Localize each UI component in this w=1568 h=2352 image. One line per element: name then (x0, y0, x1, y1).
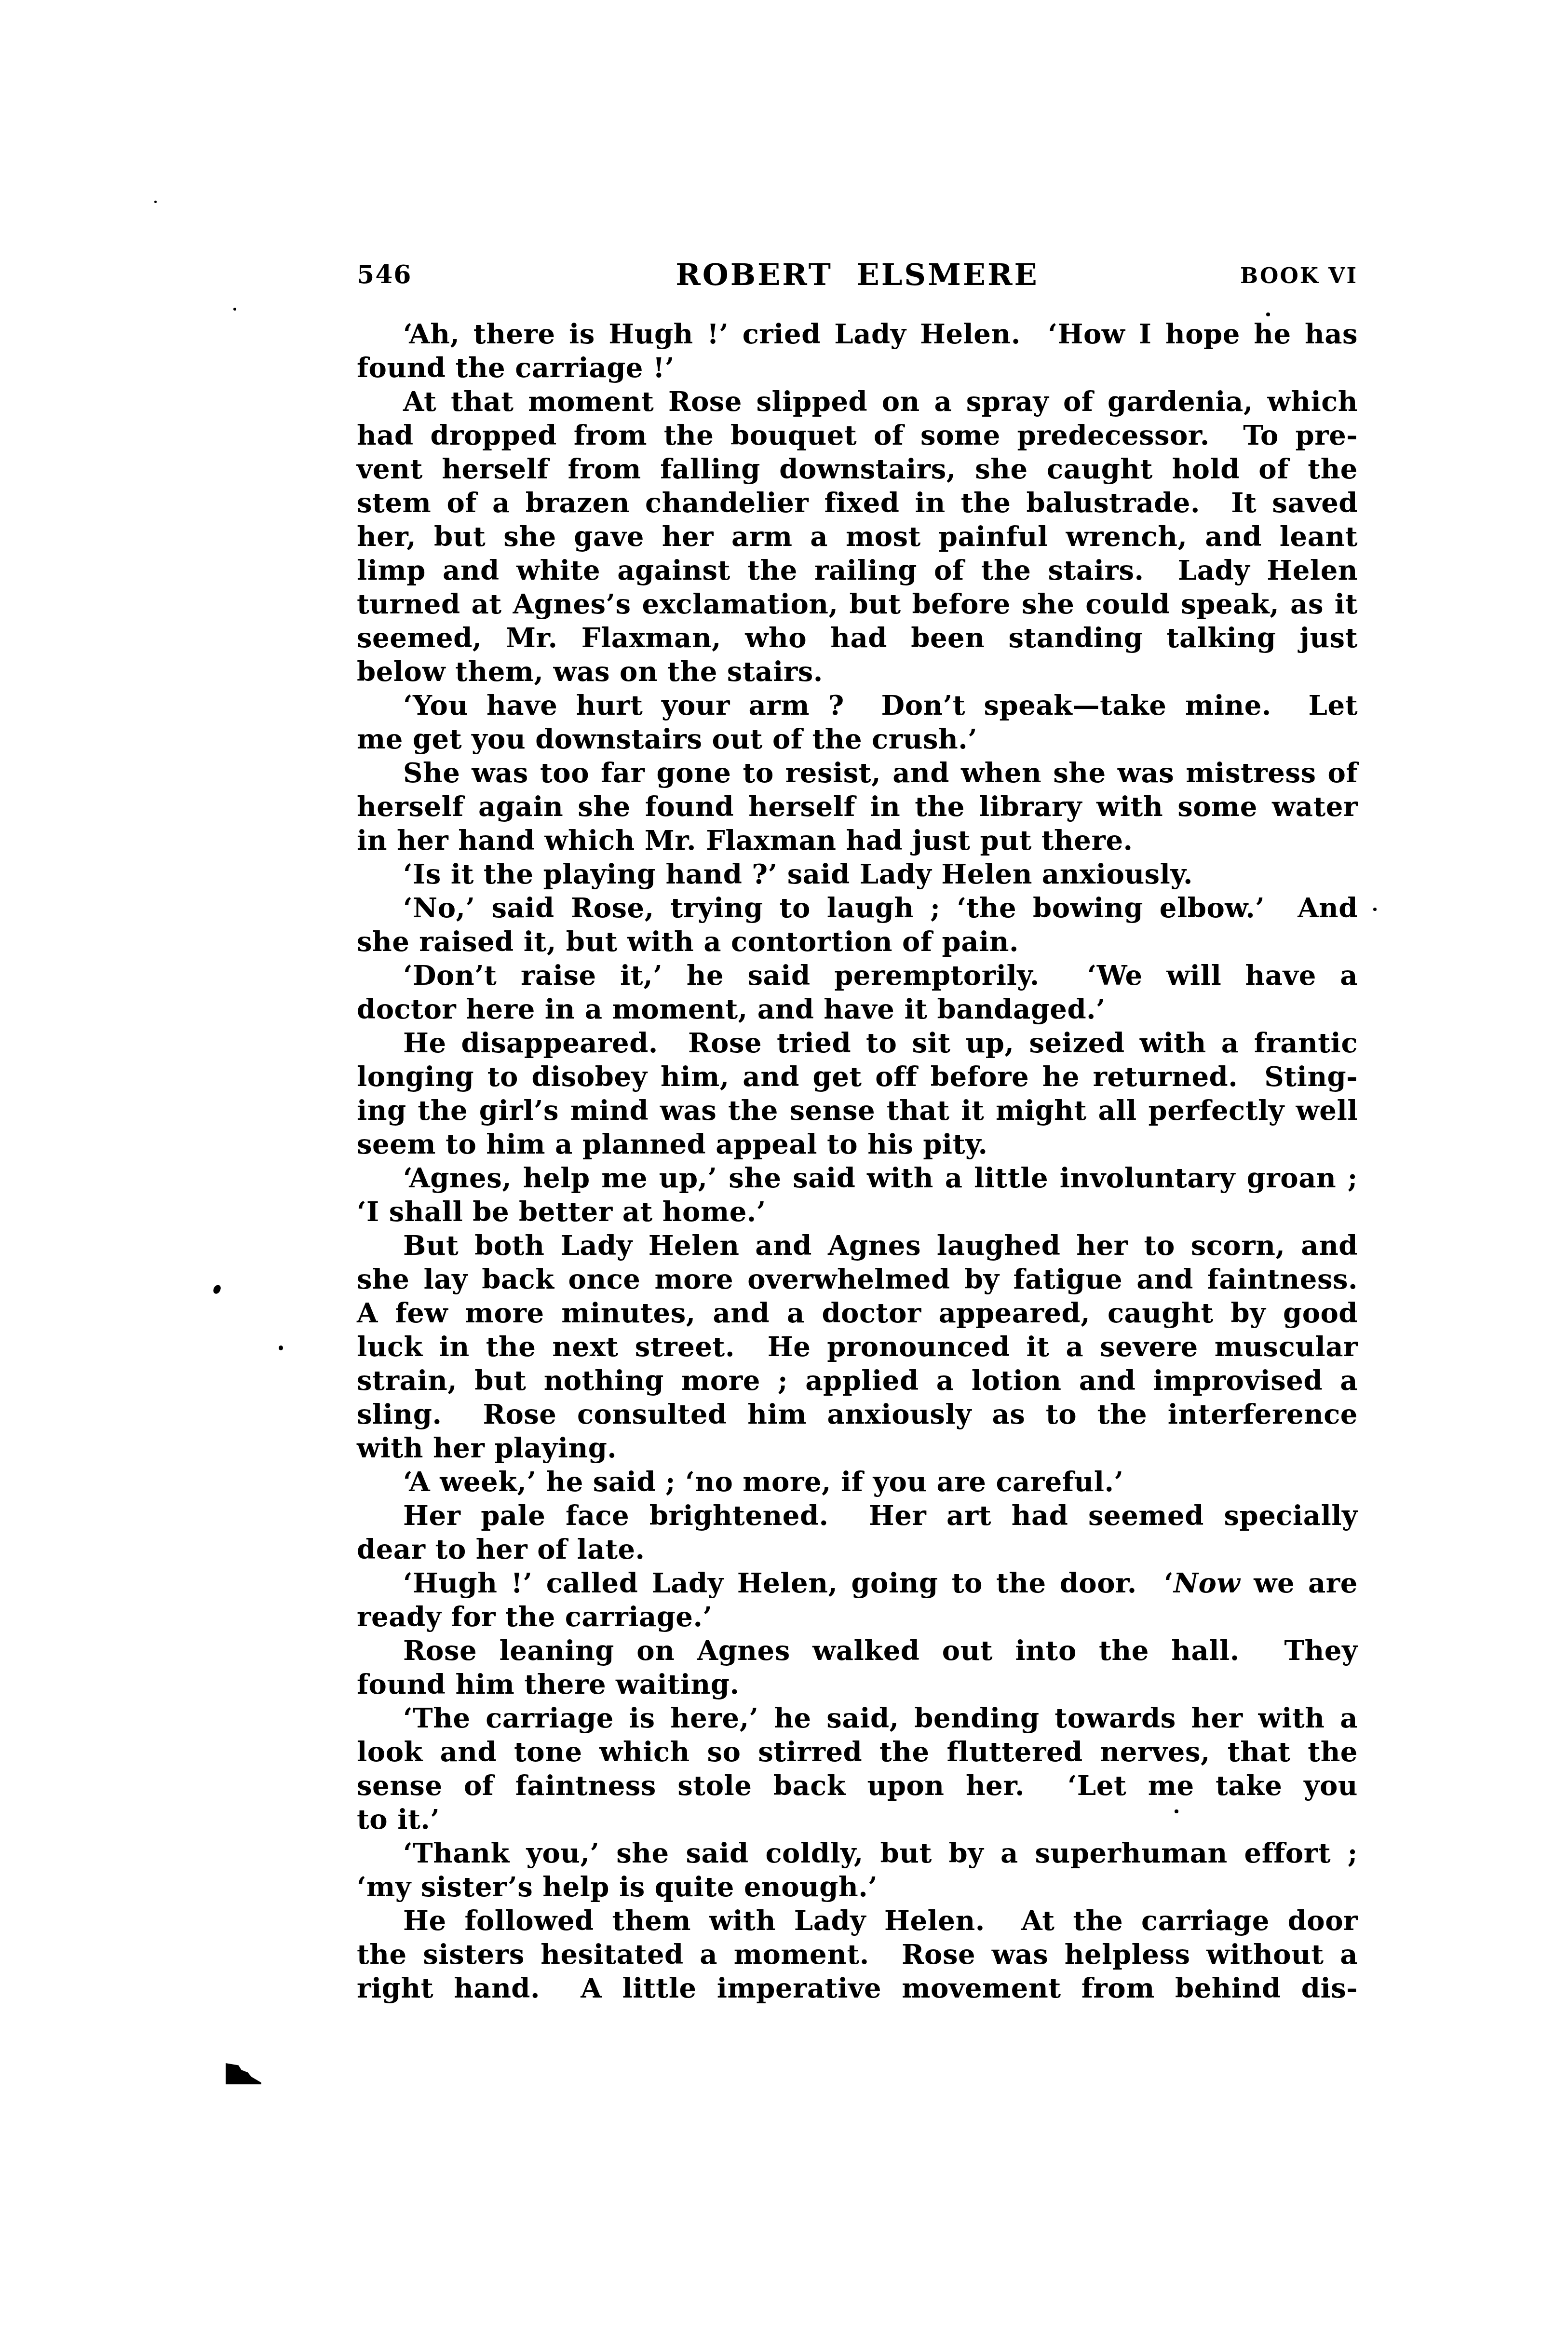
ink-speck (1373, 908, 1377, 911)
text-line: ‘Thank you,’ she said coldly, but by a s… (357, 1836, 1358, 1870)
text-line: ‘my sister’s help is quite enough.’ (357, 1870, 1358, 1904)
text-line: ‘The carriage is here,’ he said, bending… (357, 1701, 1358, 1735)
text-line: turned at Agnes’s exclamation, but befor… (357, 587, 1358, 621)
text-line: ready for the carriage.’ (357, 1600, 1358, 1634)
text-line: right hand. A little imperative movement… (357, 1971, 1358, 2005)
text-line: Rose leaning on Agnes walked out into th… (357, 1634, 1358, 1668)
text-line: luck in the next street. He pronounced i… (357, 1330, 1358, 1364)
text-line: she lay back once more overwhelmed by fa… (357, 1263, 1358, 1296)
ink-speck (233, 308, 236, 311)
running-title: ROBERT ELSMERE (676, 257, 1039, 292)
ink-speck (1266, 313, 1270, 316)
text-line: She was too far gone to resist, and when… (357, 756, 1358, 790)
text-line: look and tone which so stirred the flutt… (357, 1735, 1358, 1769)
text-line: ‘Hugh !’ called Lady Helen, going to the… (357, 1566, 1358, 1600)
text-line: vent herself from falling downstairs, sh… (357, 452, 1358, 486)
text-line: ‘Agnes, help me up,’ she said with a lit… (357, 1161, 1358, 1195)
text-line: He followed them with Lady Helen. At the… (357, 1904, 1358, 1938)
text-line: limp and white against the railing of th… (357, 554, 1358, 587)
book-page: 546 ROBERT ELSMERE BOOK VI ‘Ah, there is… (0, 0, 1568, 2352)
body-text: ‘Ah, there is Hugh !’ cried Lady Helen. … (357, 317, 1358, 2005)
text-line: doctor here in a moment, and have it ban… (357, 992, 1358, 1026)
text-line: ‘Ah, there is Hugh !’ cried Lady Helen. … (357, 317, 1358, 351)
text-line: Her pale face brightened. Her art had se… (357, 1499, 1358, 1533)
text-line: ‘I shall be better at home.’ (357, 1195, 1358, 1229)
text-line: ‘No,’ said Rose, trying to laugh ; ‘the … (357, 891, 1358, 925)
text-line: below them, was on the stairs. (357, 655, 1358, 689)
text-line: ‘Is it the playing hand ?’ said Lady Hel… (357, 857, 1358, 891)
text-line: with her playing. (357, 1431, 1358, 1465)
ink-speck (212, 1284, 221, 1294)
text-line: had dropped from the bouquet of some pre… (357, 419, 1358, 452)
text-line: in her hand which Mr. Flaxman had just p… (357, 824, 1358, 857)
text-line: the sisters hesitated a moment. Rose was… (357, 1938, 1358, 1971)
text-line: A few more minutes, and a doctor appeare… (357, 1296, 1358, 1330)
text-line: her, but she gave her arm a most painful… (357, 520, 1358, 554)
text-line: At that moment Rose slipped on a spray o… (357, 385, 1358, 419)
page-number: 546 (357, 260, 412, 289)
text-line: sense of faintness stole back upon her. … (357, 1769, 1358, 1803)
text-line: she raised it, but with a contortion of … (357, 925, 1358, 959)
text-line: He disappeared. Rose tried to sit up, se… (357, 1026, 1358, 1060)
text-line: ing the girl’s mind was the sense that i… (357, 1094, 1358, 1128)
ink-speck (279, 1346, 283, 1350)
text-line: me get you downstairs out of the crush.’ (357, 722, 1358, 756)
text-line: ‘Don’t raise it,’ he said peremptorily. … (357, 959, 1358, 992)
text-line: found the carriage !’ (357, 351, 1358, 385)
text-line: stem of a brazen chandelier fixed in the… (357, 486, 1358, 520)
text-line: found him there waiting. (357, 1668, 1358, 1701)
text-line: seem to him a planned appeal to his pity… (357, 1128, 1358, 1161)
ink-speck (154, 201, 157, 203)
text-line: But both Lady Helen and Agnes laughed he… (357, 1229, 1358, 1263)
text-line: strain, but nothing more ; applied a lot… (357, 1364, 1358, 1398)
text-line: to it.’ (357, 1803, 1358, 1836)
text-line: herself again she found herself in the l… (357, 790, 1358, 824)
ink-speck (1175, 1809, 1178, 1813)
text-line: ‘You have hurt your arm ? Don’t speak—ta… (357, 689, 1358, 722)
text-line: dear to her of late. (357, 1533, 1358, 1566)
ink-blob (226, 2063, 261, 2084)
text-line: longing to disobey him, and get off befo… (357, 1060, 1358, 1094)
text-line: seemed, Mr. Flaxman, who had been standi… (357, 621, 1358, 655)
text-line: ‘A week,’ he said ; ‘no more, if you are… (357, 1465, 1358, 1499)
page-header: 546 ROBERT ELSMERE BOOK VI (357, 258, 1358, 293)
text-line: sling. Rose consulted him anxiously as t… (357, 1398, 1358, 1431)
book-label: BOOK VI (1240, 264, 1358, 288)
